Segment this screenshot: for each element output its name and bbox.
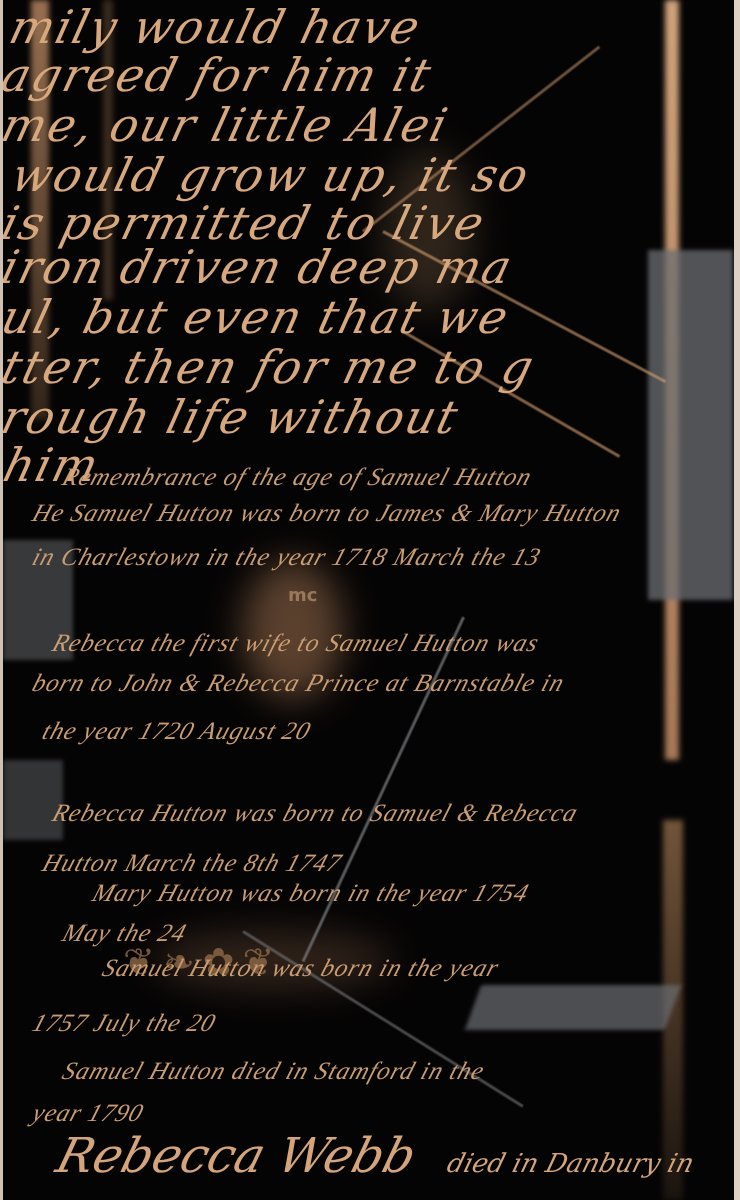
record-line: Samuel Hutton died in Stamford in the [58,1058,488,1086]
record-line: Remembrance of the age of Samuel Hutton [58,464,535,492]
script-line: would grow up, it so [6,148,536,202]
record-line: the year 1720 August 20 [38,718,314,746]
record-line: Rebecca Hutton was born to Samuel & Rebe… [48,800,581,828]
record-line: year 1790 [28,1100,147,1128]
script-line: rough life without [3,390,465,444]
signature-name: Rebecca Webb [50,1128,422,1184]
record-line: 1757 July the 20 [28,1010,219,1038]
stamp-mark: mc [288,585,317,606]
script-line: mily would have [4,0,427,54]
script-paper-background: ❦❧✿❦ mc mily would haveagreed for him it… [3,0,734,1200]
script-line: me, our little Alei [3,98,455,152]
script-line: iron driven deep ma [3,240,519,294]
record-line: He Samuel Hutton was born to James & Mar… [28,500,625,528]
right-border [734,0,740,1200]
gray-texture-overlay [3,760,63,840]
script-line: agreed for him it [3,48,438,102]
record-line: Samuel Hutton was born in the year [98,955,502,983]
record-line: in Charlestown in the year 1718 March th… [28,544,544,572]
record-line: born to John & Rebecca Prince at Barnsta… [28,670,568,698]
gray-texture-overlay [648,250,733,600]
signature-text: died in Danbury in [444,1149,698,1179]
record-line: Rebecca the first wife to Samuel Hutton … [48,630,542,658]
record-line: Hutton March the 8th 1747 [38,850,345,878]
gray-brush-stroke [465,985,681,1030]
script-line: ul, but even that we [3,290,515,344]
script-line: tter, then for me to g [3,340,541,394]
signature-line: Rebecca Webb died in Danbury in [50,1128,702,1184]
record-line: May the 24 [58,920,190,948]
record-line: Mary Hutton was born in the year 1754 [88,880,532,908]
